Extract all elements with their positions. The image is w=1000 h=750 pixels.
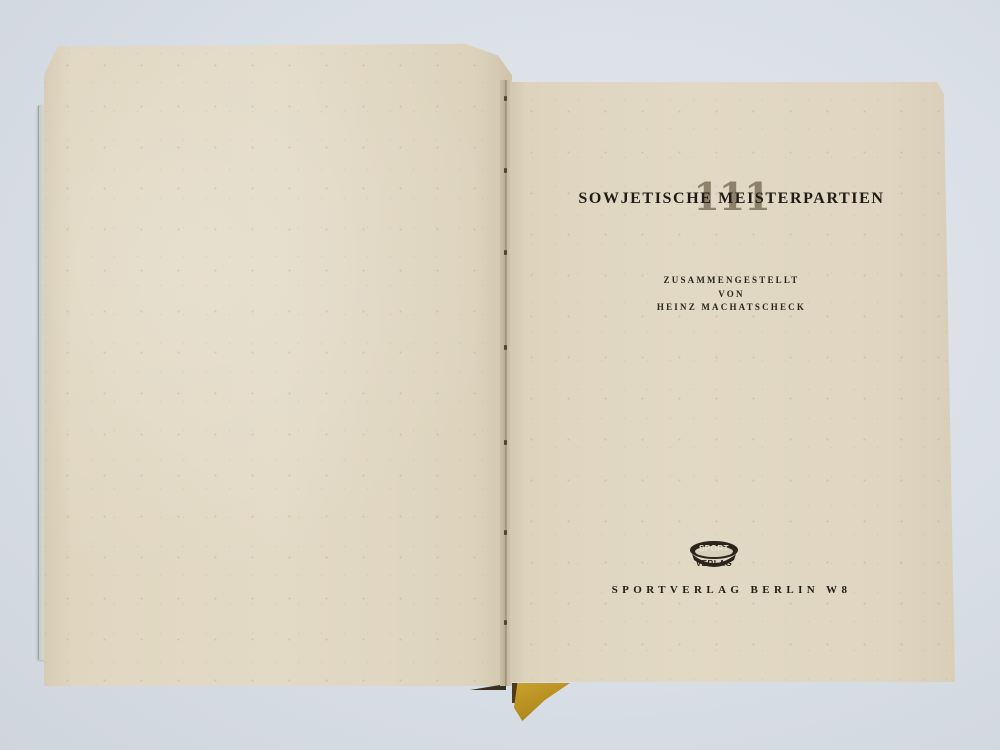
binding-stitch bbox=[504, 620, 507, 625]
binding-stitch bbox=[504, 96, 507, 101]
binding-stitch bbox=[504, 168, 507, 173]
sportverlag-logo-icon: SPORT VERLAG bbox=[688, 538, 740, 570]
ribbon-bookmark bbox=[514, 683, 570, 721]
binding-stitch bbox=[504, 345, 507, 350]
book-photo: 111 SOWJETISCHE MEISTERPARTIEN ZUSAMMENG… bbox=[0, 0, 1000, 750]
credit-line-author: HEINZ MACHATSCHECK bbox=[508, 302, 955, 312]
credit-line-by: VON bbox=[508, 289, 955, 299]
credit-line-compiled: ZUSAMMENGESTELLT bbox=[508, 275, 955, 285]
binding-stitch bbox=[504, 530, 507, 535]
binding-stitch bbox=[504, 440, 507, 445]
book-title: SOWJETISCHE MEISTERPARTIEN bbox=[508, 191, 955, 207]
left-page bbox=[44, 36, 512, 686]
binding-stitch bbox=[504, 250, 507, 255]
publisher-line: SPORTVERLAG BERLIN W8 bbox=[508, 584, 955, 596]
title-block: 111 SOWJETISCHE MEISTERPARTIEN bbox=[508, 170, 955, 230]
svg-text:SPORT: SPORT bbox=[699, 544, 729, 553]
paper-texture bbox=[44, 36, 512, 686]
svg-text:VERLAG: VERLAG bbox=[696, 559, 732, 568]
